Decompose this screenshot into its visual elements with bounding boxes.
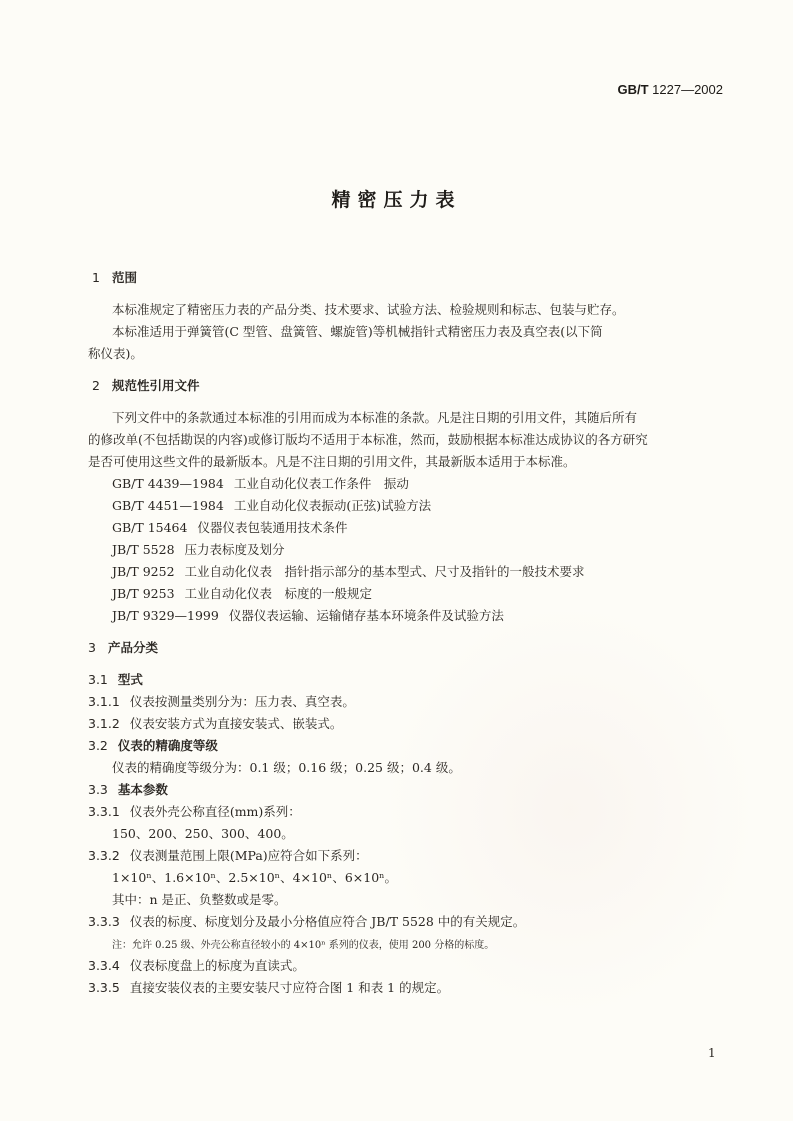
- paragraph: 的修改单(不包括勘误的内容)或修订版均不适用于本标准，然而，鼓励根据本标准达成协…: [88, 432, 648, 448]
- reference-item: JB/T 9329—1999仪器仪表运输、运输储存基本环境条件及试验方法: [112, 608, 504, 624]
- paragraph: 本标准规定了精密压力表的产品分类、技术要求、试验方法、检验规则和标志、包装与贮存…: [112, 302, 625, 318]
- background-watermark: [380, 600, 760, 1020]
- paragraph: 本标准适用于弹簧管(C 型管、盘簧管、螺旋管)等机械指针式精密压力表及真空表(以…: [112, 324, 603, 340]
- clause-3-1-2: 3.1.2仪表安装方式为直接安装式、嵌装式。: [88, 716, 342, 732]
- paragraph: 称仪表)。: [88, 346, 143, 362]
- section-2-heading: 2规范性引用文件: [92, 378, 199, 394]
- clause-3-3-1: 3.3.1仪表外壳公称直径(mm)系列：: [88, 804, 301, 820]
- reference-item: GB/T 4451—1984工业自动化仪表振动(正弦)试验方法: [112, 498, 431, 514]
- clause-3-3-5: 3.3.5直接安装仪表的主要安装尺寸应符合图 1 和表 1 的规定。: [88, 980, 449, 996]
- paragraph: 仪表的精确度等级分为：0.1 级；0.16 级；0.25 级；0.4 级。: [112, 760, 461, 776]
- clause-3-3-2: 3.3.2仪表测量范围上限(MPa)应符合如下系列：: [88, 848, 368, 864]
- clause-3-1-1: 3.1.1仪表按测量类别分为：压力表、真空表。: [88, 694, 355, 710]
- subsection-3-2-heading: 3.2仪表的精确度等级: [88, 738, 218, 754]
- page-number: 1: [708, 1046, 716, 1060]
- clause-3-3-4: 3.3.4仪表标度盘上的标度为直读式。: [88, 958, 305, 974]
- subsection-3-3-heading: 3.3基本参数: [88, 782, 168, 798]
- paragraph: 是否可使用这些文件的最新版本。凡是不注日期的引用文件，其最新版本适用于本标准。: [88, 454, 576, 470]
- section-3-heading: 3产品分类: [88, 640, 158, 656]
- note: 注：允许 0.25 级、外壳公称直径较小的 4×10ⁿ 系列的仪表，使用 200…: [112, 938, 494, 954]
- paragraph: 下列文件中的条款通过本标准的引用而成为本标准的条款。凡是注日期的引用文件，其随后…: [112, 410, 637, 426]
- clause-3-3-3: 3.3.3仪表的标度、标度划分及最小分格值应符合 JB/T 5528 中的有关规…: [88, 914, 525, 930]
- reference-item: GB/T 15464仪器仪表包装通用技术条件: [112, 520, 347, 536]
- reference-item: JB/T 5528压力表标度及划分: [112, 542, 285, 558]
- paragraph: 1×10ⁿ、1.6×10ⁿ、2.5×10ⁿ、4×10ⁿ、6×10ⁿ。: [112, 870, 397, 886]
- reference-item: JB/T 9252工业自动化仪表 指针指示部分的基本型式、尺寸及指针的一般技术要…: [112, 564, 585, 580]
- section-1-heading: 1范围: [92, 270, 137, 286]
- paragraph: 150、200、250、300、400。: [112, 826, 294, 842]
- standard-number: GB/T 1227—2002: [617, 82, 723, 97]
- reference-item: JB/T 9253工业自动化仪表 标度的一般规定: [112, 586, 372, 602]
- subsection-3-1-heading: 3.1型式: [88, 672, 143, 688]
- paragraph: 其中：n 是正、负整数或是零。: [112, 892, 287, 908]
- document-page: GB/T 1227—2002 精密压力表 1范围 本标准规定了精密压力表的产品分…: [0, 0, 793, 1121]
- document-title: 精密压力表: [0, 185, 793, 212]
- reference-item: GB/T 4439—1984工业自动化仪表工作条件 振动: [112, 476, 409, 492]
